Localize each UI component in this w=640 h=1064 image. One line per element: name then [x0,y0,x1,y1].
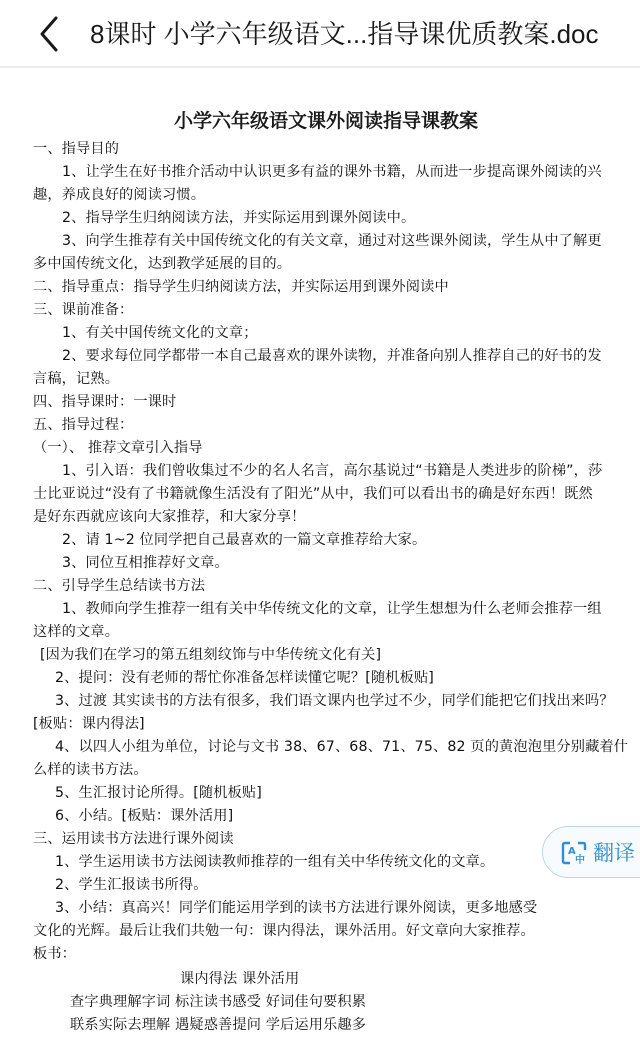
document-line: 是好东西就应该向大家推荐，和大家分享！ [33,506,305,526]
translate-icon: A 中 [561,841,587,869]
document-line: 趣，养成良好的阅读习惯。 [33,184,205,204]
translate-button[interactable]: A 中 翻译 [542,826,640,878]
document-line: 1、引入语：我们曾收集过不少的名人名言，高尔基说过“书籍是人类进步的阶梯”，莎 [62,460,602,480]
document-line: 6、小结。[板贴：课外活用] [55,805,233,825]
document-line: 2、要求每位同学都带一本自己最喜欢的课外读物，并准备向别人推荐自己的好书的发 [62,345,602,365]
document-line: 文化的光辉。最后让我们共勉一句：课内得法，课外活用。好文章向大家推荐。 [33,920,535,940]
document-line: 3、同位互相推荐好文章。 [62,552,229,572]
document-line: 2、提问：没有老师的帮忙你准备怎样读懂它呢？[随机板贴] [55,667,434,687]
document-line: 三、运用读书方法进行课外阅读 [33,828,234,848]
document-line: 三、课前准备： [33,299,133,319]
back-button[interactable] [30,14,70,54]
document-line: [因为我们在学习的第五组刻纹饰与中华传统文化有关] [40,644,381,664]
document-line: 多中国传统文化，达到教学延展的目的。 [33,253,291,273]
document-line: 言稿，记熟。 [33,368,119,388]
document-line: 二、引导学生总结读书方法 [33,575,205,595]
document-line: 查字典理解字词 标注读书感受 好词佳句要积累 [70,991,366,1011]
top-bar: 8课时 小学六年级语文...指导课优质教案.doc [0,0,640,68]
document-line: 么样的读书方法。 [33,759,148,779]
document-line: 五、指导过程： [33,414,133,434]
svg-text:中: 中 [575,853,585,865]
document-line: 四、指导课时：一课时 [33,391,176,411]
document-line: 1、学生运用读书方法阅读教师推荐的一组有关中华传统文化的文章。 [55,851,494,871]
document-line: 5、生汇报讨论所得。[随机板贴] [55,782,262,802]
document-line: （一）、 推荐文章引入指导 [33,437,203,457]
document-line: 3、向学生推荐有关中国传统文化的有关文章，通过对这些课外阅读，学生从中了解更 [62,230,602,250]
chevron-left-icon [30,14,70,54]
document-heading: 小学六年级语文课外阅读指导课教案 [0,104,640,138]
document-line: 2、指导学生归纳阅读方法，并实际运用到课外阅读中。 [62,207,415,227]
document-line: 1、有关中国传统文化的文章； [62,322,258,342]
document-line: 联系实际去理解 遇疑惑善提问 学后运用乐趣多 [70,1014,366,1034]
document-title: 8课时 小学六年级语文...指导课优质教案.doc [90,14,599,54]
document-line: [板贴：课内得法] [33,713,145,733]
document-line: 1、让学生在好书推介活动中认识更多有益的课外书籍，从而进一步提高课外阅读的兴 [62,161,602,181]
document-line: 士比亚说过“没有了书籍就像生活没有了阳光”从中，我们可以看出书的确是好东西！既然 [33,483,593,503]
document-line: 4、以四人小组为单位，讨论与文书 38、67、68、71、75、82 页的黄泡泡… [55,736,628,756]
document-line: 课内得法 课外活用 [180,968,299,988]
translate-label: 翻译 [593,837,635,867]
document-line: 板书： [33,943,76,963]
document-line: 一、指导目的 [33,138,119,158]
document-line: 2、请 1~2 位同学把自己最喜欢的一篇文章推荐给大家。 [62,529,426,549]
document-line: 3、小结：真高兴！同学们能运用学到的读书方法进行课外阅读，更多地感受 [55,897,537,917]
document-line: 2、学生汇报读书所得。 [55,874,208,894]
document-line: 这样的文章。 [33,621,119,641]
document-line: 1、教师向学生推荐一组有关中华传统文化的文章，让学生想想为什么老师会推荐一组 [62,598,602,618]
document-line: 二、指导重点：指导学生归纳阅读方法，并实际运用到课外阅读中 [33,276,449,296]
document-line: 3、过渡 其实读书的方法有很多，我们语文课内也学过不少，同学们能把它们找出来吗？ [55,690,614,710]
document-page: 小学六年级语文课外阅读指导课教案 [0,90,640,138]
